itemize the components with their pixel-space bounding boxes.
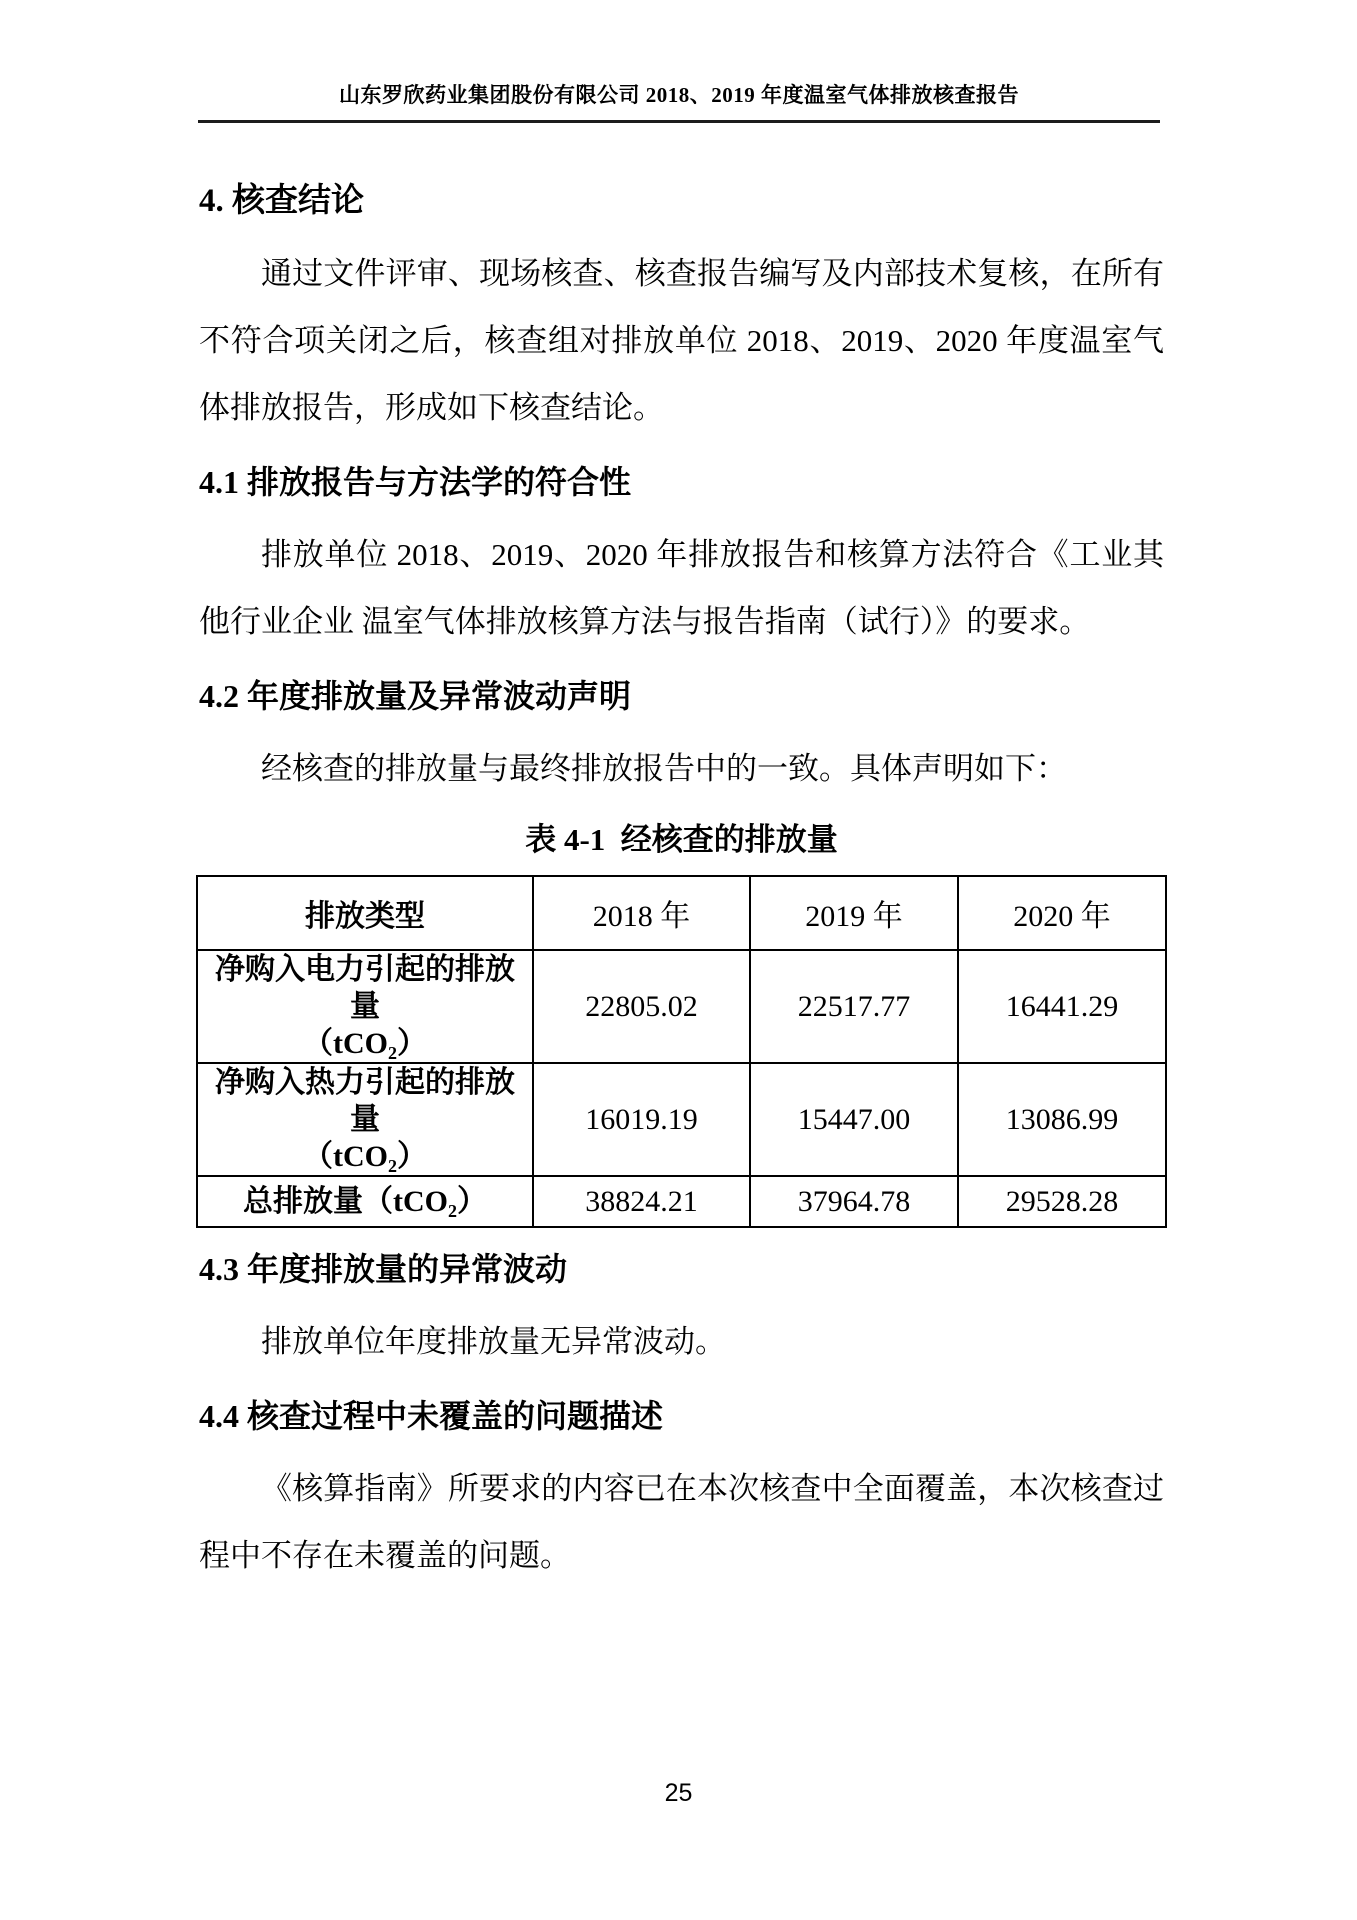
- running-header-title: 山东罗欣药业集团股份有限公司 2018、2019 年度温室气体排放核查报告: [339, 83, 1019, 107]
- col-header-2018: 2018 年: [533, 876, 750, 950]
- paragraph-conclusion: 通过文件评审、现场核查、核查报告编写及内部技术复核，在所有不符合项关闭之后，核查…: [199, 240, 1164, 441]
- value-total-2018: 38824.21: [533, 1176, 750, 1227]
- paragraph-uncovered-issues: 《核算指南》所要求的内容已在本次核查中全面覆盖，本次核查过程中不存在未覆盖的问题…: [199, 1455, 1164, 1589]
- row-label-electricity: 净购入电力引起的排放量 （tCO₂）: [197, 950, 533, 1063]
- col-header-2019: 2019 年: [750, 876, 958, 950]
- table-row: 总排放量（tCO₂） 38824.21 37964.78 29528.28: [197, 1176, 1166, 1227]
- value-total-2019: 37964.78: [750, 1176, 958, 1227]
- verified-emissions-table: 排放类型 2018 年 2019 年 2020 年 净购入电力引起的排放量 （t…: [196, 875, 1167, 1228]
- value-heat-2020: 13086.99: [958, 1063, 1166, 1176]
- table-row: 净购入热力引起的排放量 （tCO₂） 16019.19 15447.00 130…: [197, 1063, 1166, 1176]
- heading-fluctuation: 4.3 年度排放量的异常波动: [199, 1246, 1164, 1292]
- value-electricity-2018: 22805.02: [533, 950, 750, 1063]
- paragraph-fluctuation: 排放单位年度排放量无异常波动。: [199, 1308, 1164, 1375]
- table-header-row: 排放类型 2018 年 2019 年 2020 年: [197, 876, 1166, 950]
- running-header: 山东罗欣药业集团股份有限公司 2018、2019 年度温室气体排放核查报告: [198, 82, 1160, 123]
- table-row: 净购入电力引起的排放量 （tCO₂） 22805.02 22517.77 164…: [197, 950, 1166, 1063]
- col-header-emission-type: 排放类型: [197, 876, 533, 950]
- row-label-total: 总排放量（tCO₂）: [197, 1176, 533, 1227]
- value-heat-2018: 16019.19: [533, 1063, 750, 1176]
- row-label-heat: 净购入热力引起的排放量 （tCO₂）: [197, 1063, 533, 1176]
- col-header-2020: 2020 年: [958, 876, 1166, 950]
- value-electricity-2020: 16441.29: [958, 950, 1166, 1063]
- report-content: 4. 核查结论 通过文件评审、现场核查、核查报告编写及内部技术复核，在所有不符合…: [199, 170, 1164, 1589]
- heading-compliance: 4.1 排放报告与方法学的符合性: [199, 459, 1164, 505]
- paragraph-compliance: 排放单位 2018、2019、2020 年排放报告和核算方法符合《工业其他行业企…: [199, 521, 1164, 655]
- table-caption: 表 4-1 经核查的排放量: [199, 817, 1164, 863]
- heading-emission-statement: 4.2 年度排放量及异常波动声明: [199, 673, 1164, 719]
- value-total-2020: 29528.28: [958, 1176, 1166, 1227]
- value-heat-2019: 15447.00: [750, 1063, 958, 1176]
- report-page: 山东罗欣药业集团股份有限公司 2018、2019 年度温室气体排放核查报告 4.…: [0, 0, 1357, 1920]
- paragraph-emission-statement: 经核查的排放量与最终排放报告中的一致。具体声明如下：: [199, 735, 1164, 802]
- heading-uncovered-issues: 4.4 核查过程中未覆盖的问题描述: [199, 1393, 1164, 1439]
- heading-conclusion: 4. 核查结论: [199, 178, 1164, 224]
- value-electricity-2019: 22517.77: [750, 950, 958, 1063]
- page-number: 25: [0, 1778, 1357, 1808]
